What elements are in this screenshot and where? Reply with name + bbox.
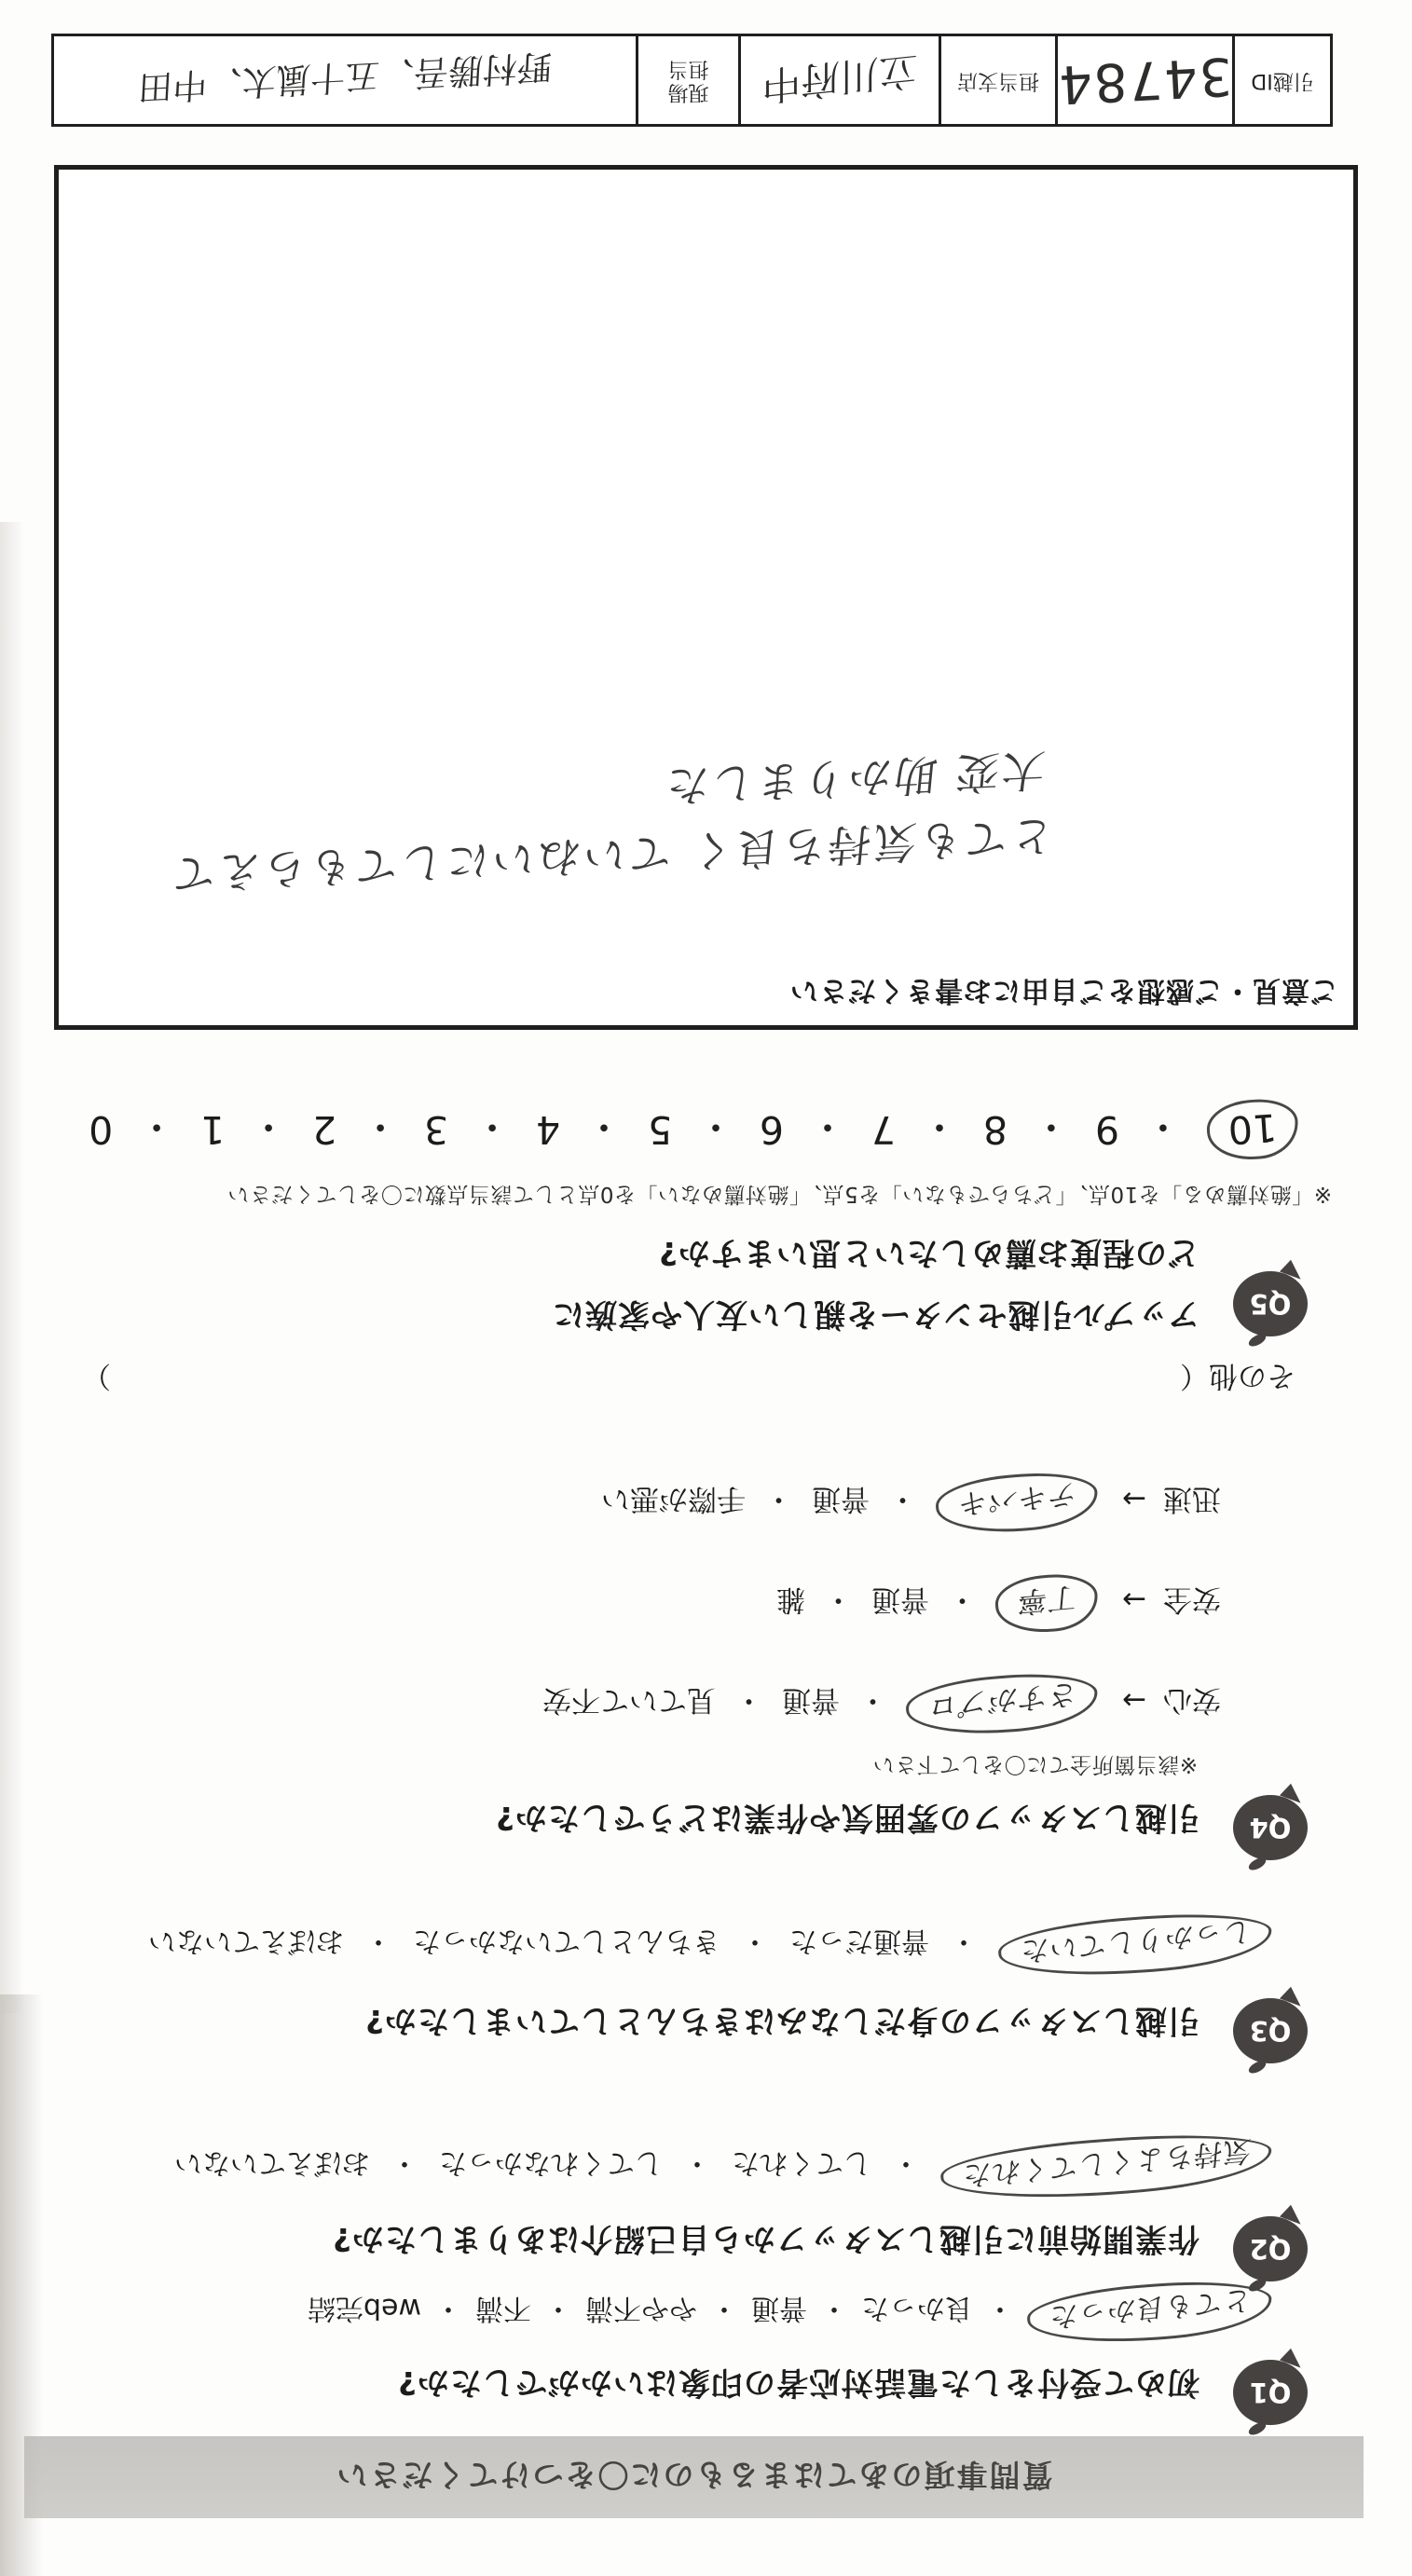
scale-5: 5 <box>648 1108 672 1153</box>
scale-4: 4 <box>536 1108 560 1153</box>
option-separator: ・ <box>734 1683 763 1717</box>
q4-row-label: 安心 <box>1163 1683 1221 1717</box>
staff-label: 現場担当 <box>663 57 715 104</box>
scale-separator: ・ <box>1032 1103 1070 1158</box>
q4-note: ※該当箇所全てに〇をして下さい <box>872 1751 1198 1782</box>
option-separator: ・ <box>824 1583 853 1616</box>
move-id-handwritten: 2347841 <box>1055 44 1232 117</box>
q4-other-row: その他（ ） <box>82 1358 1295 1400</box>
scale-0: 0 <box>89 1108 113 1153</box>
q4-other-label: その他（ <box>1180 1358 1295 1400</box>
rotated-form-content: 質問事項のあてはまるものに〇をつけてください Q1 初めて受付をした電話対応者の… <box>0 0 1412 2576</box>
branch-handwritten: 立川府中 <box>761 44 917 116</box>
q1-option-3: 普通 <box>751 2292 807 2324</box>
q5-question-line1: アップル引越センターを親しい友人や家族に <box>552 1295 1200 1340</box>
q3-option-2: 普通だった <box>789 1925 929 1957</box>
option-separator: ・ <box>888 1482 917 1515</box>
option-separator: ・ <box>391 2146 418 2179</box>
q2-option-4: おぼえていない <box>174 2146 370 2179</box>
q3-option-4: おぼえていない <box>148 1925 344 1957</box>
scale-separator: ・ <box>1144 1103 1182 1158</box>
q4-row1-option-1: さすがプロ <box>925 1676 1078 1731</box>
move-id-label-cell: 引越ID <box>1232 36 1330 124</box>
q1-option-6: web完結 <box>308 2292 421 2324</box>
q3-badge: Q3 <box>1233 1998 1308 2063</box>
q2-question: 作業開始前に引越しスタッフから自己紹介はありましたか? <box>332 2219 1200 2265</box>
scale-separator: ・ <box>362 1103 400 1158</box>
q5-question-line2: どの程度お薦めしたいと思いますか? <box>658 1233 1200 1279</box>
move-id-value-cell: 2347841 <box>1055 36 1232 124</box>
q4-row3-option-1: テキパキ <box>955 1475 1078 1528</box>
option-separator: ・ <box>858 1683 887 1717</box>
scale-separator: ・ <box>808 1103 846 1158</box>
q4-row2-option-3: 雑 <box>776 1583 805 1616</box>
q2-badge-label: Q2 <box>1250 2233 1292 2265</box>
q3-badge-label: Q3 <box>1250 2015 1292 2047</box>
q1-option-5: 不満 <box>475 2292 531 2324</box>
move-id-label: 引越ID <box>1251 68 1313 91</box>
q2-option-2: してくれた <box>732 2146 871 2179</box>
staff-label-cell: 現場担当 <box>636 36 738 124</box>
scale-separator: ・ <box>920 1103 958 1158</box>
option-separator: ・ <box>764 1482 793 1515</box>
q4-row-label: 迅速 <box>1163 1482 1221 1515</box>
q4-row1-option-2: 普通 <box>782 1683 840 1717</box>
scale-9: 9 <box>1095 1108 1119 1153</box>
branch-value-cell: 立川府中 <box>738 36 939 124</box>
scale-10: 10 <box>1227 1105 1278 1154</box>
q1-option-2: 良かった <box>861 2292 973 2324</box>
scale-separator: ・ <box>697 1103 735 1158</box>
q2-options: 気持ちよくしてくれた・してくれた・してくれなかった・おぼえていない <box>174 2145 1272 2186</box>
q4-badge: Q4 <box>1233 1795 1308 1860</box>
q4-row1-hand-circle: さすがプロ <box>904 1669 1100 1739</box>
q4-badge-label: Q4 <box>1250 1812 1292 1843</box>
branch-label-cell: 担当支店 <box>939 36 1055 124</box>
q3-option-1: しっかりしていた <box>1018 1913 1253 1975</box>
q2-option-1: 気持ちよくしてくれた <box>960 2132 1253 2199</box>
branch-label: 担当支店 <box>957 68 1039 91</box>
form-title-text: 質問事項のあてはまるものに〇をつけてください <box>336 2456 1053 2500</box>
q5-note: ※「絶対薦める」を10点、「どちらでもない」を5点、「絶対薦めない」を0点として… <box>227 1181 1332 1212</box>
q4-row-anshin: 安心→さすがプロ・普通・見ていて不安 <box>542 1682 1221 1724</box>
scale-separator: ・ <box>250 1103 288 1158</box>
q1-badge: Q1 <box>1233 2360 1308 2425</box>
option-separator: ・ <box>364 1925 392 1957</box>
q4-other-blank <box>111 1358 1180 1400</box>
q5-nps-scale: 10 ・ 9 ・ 8 ・ 7 ・ 6 ・ 5 ・ 4 ・ 3 ・ 2 ・ 1 ・… <box>89 1103 1298 1158</box>
q4-row-jinsoku: 迅速→テキパキ・普通・手際が悪い <box>601 1481 1221 1523</box>
q3-question: 引越しスタッフの身だしなみはきちんとしていましたか? <box>364 2001 1200 2047</box>
q4-row-label: 安全 <box>1163 1583 1221 1616</box>
q4-row3-option-3: 手際が悪い <box>601 1482 746 1515</box>
arrow-icon: → <box>1122 1482 1146 1515</box>
q1-badge-label: Q1 <box>1250 2377 1292 2408</box>
q4-row1-option-3: 見ていて不安 <box>542 1683 716 1717</box>
option-separator: ・ <box>710 2292 738 2324</box>
option-separator: ・ <box>986 2292 1014 2324</box>
q4-question: 引越しスタッフの雰囲気や作業はどうでしたか? <box>495 1798 1200 1843</box>
q4-row2-option-2: 普通 <box>871 1583 929 1616</box>
option-separator: ・ <box>820 2292 848 2324</box>
q1-option-1: とても良かった <box>1047 2281 1253 2340</box>
option-separator: ・ <box>683 2146 711 2179</box>
q3-option-3: きちんとしていなかった <box>413 1925 720 1957</box>
form-title-bar: 質問事項のあてはまるものに〇をつけてください <box>24 2436 1364 2518</box>
q5-badge-label: Q5 <box>1250 1288 1292 1320</box>
scale-8: 8 <box>983 1108 1008 1153</box>
q4-row3-hand-circle: テキパキ <box>934 1469 1100 1537</box>
q4-row2-hand-circle: 丁寧 <box>994 1571 1100 1636</box>
q3-hand-circle: しっかりしていた <box>996 1908 1273 1982</box>
handwritten-comment: とても気持ち良く ていねいにしてもらえて 大変 助かりました <box>167 734 1063 907</box>
comment-box-title: ご意見・ご感想をご自由にお書きください <box>789 973 1338 1014</box>
scale-separator: ・ <box>138 1103 176 1158</box>
option-separator: ・ <box>434 2292 462 2324</box>
option-separator: ・ <box>544 2292 572 2324</box>
option-separator: ・ <box>741 1925 769 1957</box>
option-separator: ・ <box>950 1925 978 1957</box>
scale-separator: ・ <box>585 1103 624 1158</box>
q4-other-close: ） <box>82 1358 111 1400</box>
q3-options: しっかりしていた・普通だった・きちんとしていなかった・おぼえていない <box>148 1924 1272 1965</box>
q4-row3-option-2: 普通 <box>812 1482 870 1515</box>
scale-6: 6 <box>760 1108 784 1153</box>
staff-handwritten: 野村勝吾、五十嵐太、中田 <box>137 44 553 116</box>
header-table: 引越ID 2347841 担当支店 立川府中 現場担当 野村勝吾、五十嵐太、中田 <box>51 34 1333 127</box>
q1-option-4: やや不満 <box>585 2292 697 2324</box>
q5-hand-circle: 10 <box>1205 1097 1300 1163</box>
scale-3: 3 <box>424 1108 448 1153</box>
q5-badge: Q5 <box>1233 1271 1308 1336</box>
q2-hand-circle: 気持ちよくしてくれた <box>939 2128 1273 2207</box>
q4-row-anzen: 安全→丁寧・普通・雑 <box>776 1582 1221 1624</box>
arrow-icon: → <box>1122 1583 1146 1616</box>
scale-1: 1 <box>200 1108 225 1153</box>
scale-separator: ・ <box>473 1103 512 1158</box>
scale-2: 2 <box>312 1108 336 1153</box>
q1-options: とても良かった・良かった・普通・やや不満・不満・web完結 <box>308 2291 1272 2332</box>
q1-question: 初めて受付をした電話対応者の印象はいかがでしたか? <box>397 2363 1200 2408</box>
staff-value-cell: 野村勝吾、五十嵐太、中田 <box>54 36 636 124</box>
q4-row2-option-1: 丁寧 <box>1015 1579 1078 1626</box>
comment-box: ご意見・ご感想をご自由にお書きください とても気持ち良く ていねいにしてもらえて… <box>54 165 1358 1030</box>
scanned-survey-sheet: 質問事項のあてはまるものに〇をつけてください Q1 初めて受付をした電話対応者の… <box>0 0 1412 2576</box>
option-separator: ・ <box>892 2146 920 2179</box>
q1-hand-circle: とても良かった <box>1025 2276 1274 2349</box>
scale-7: 7 <box>871 1108 896 1153</box>
q2-option-3: してくれなかった <box>439 2146 663 2179</box>
q2-badge: Q2 <box>1233 2216 1308 2281</box>
option-separator: ・ <box>948 1583 977 1616</box>
arrow-icon: → <box>1122 1683 1146 1717</box>
